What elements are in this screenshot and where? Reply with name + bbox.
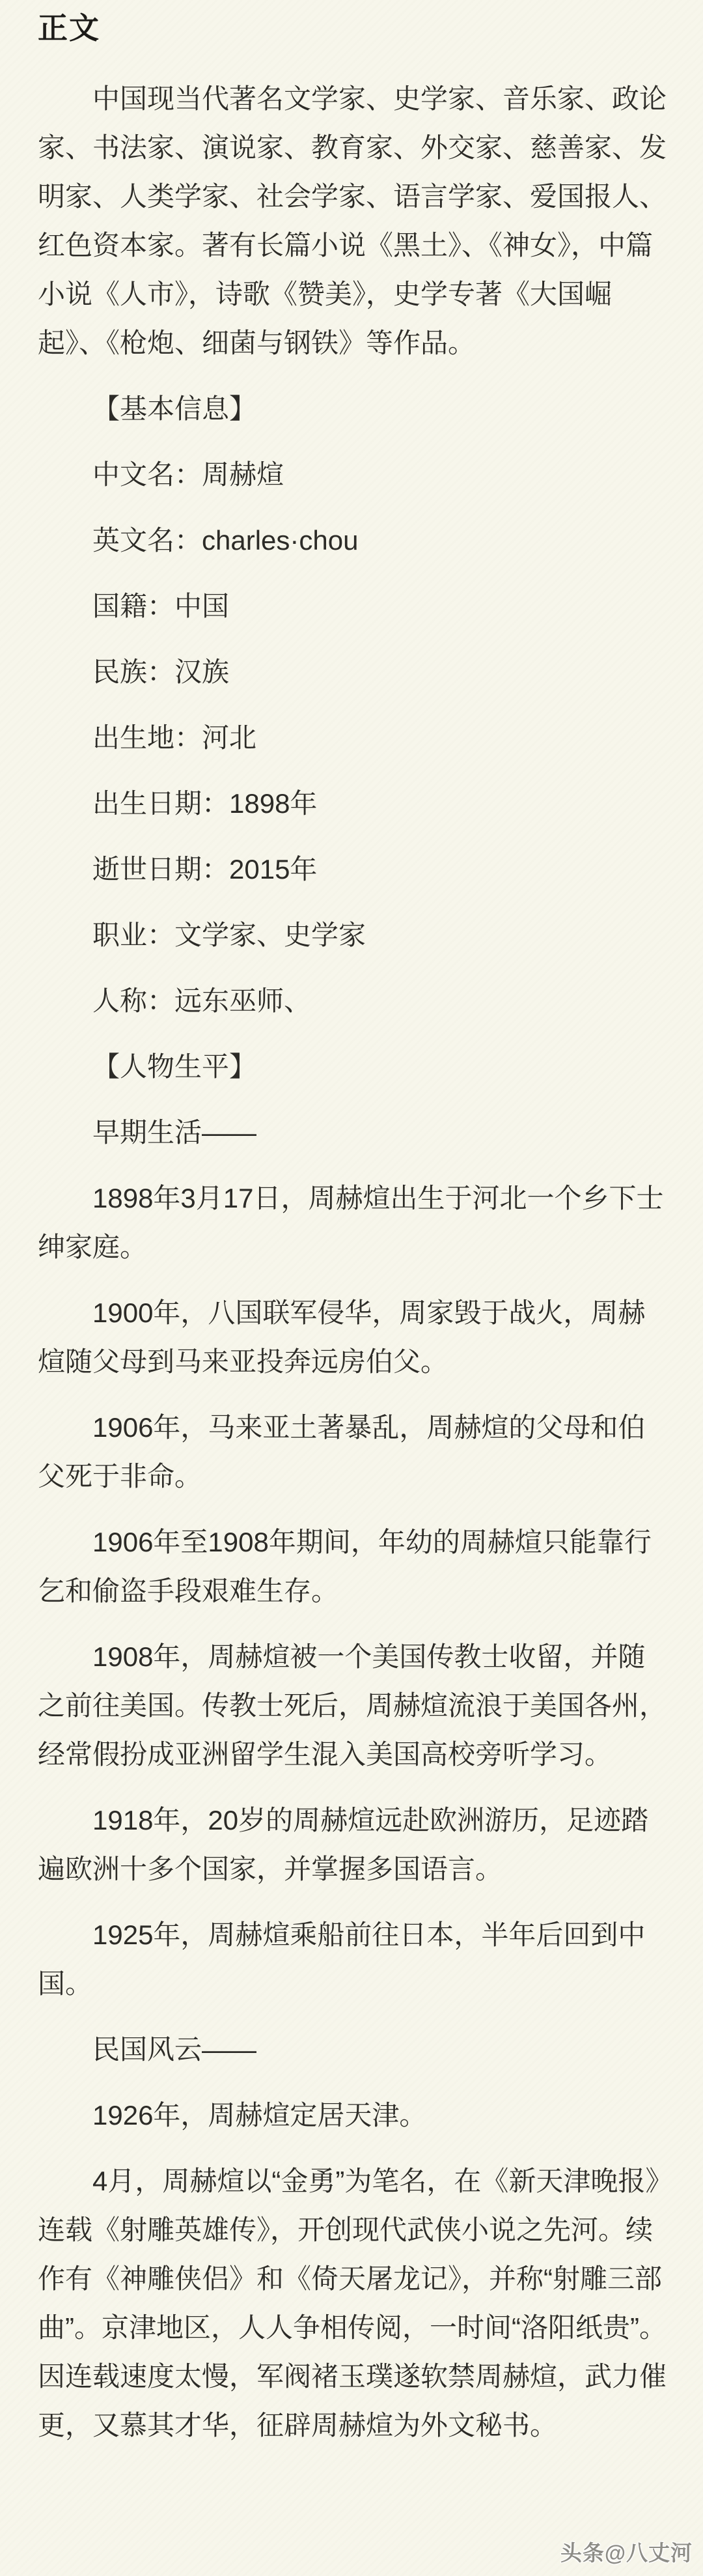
info-field-occupation: 职业：文学家、史学家 [38,911,670,959]
paragraph-intro: 中国现当代著名文学家、史学家、音乐家、政论家、书法家、演说家、教育家、外交家、慈… [38,74,670,367]
info-field-english-name: 英文名：charles·chou [38,516,670,565]
paragraph-1908: 1908年，周赫煊被一个美国传教士收留，并随之前往美国。传教士死后，周赫煊流浪于… [38,1632,670,1779]
paragraph-1925: 1925年，周赫煊乘船前往日本，半年后回到中国。 [38,1910,670,2008]
paragraph-april-serialization: 4月，周赫煊以“金勇”为笔名，在《新天津晚报》连载《射雕英雄传》，开创现代武侠小… [38,2157,670,2450]
section-heading-basic-info: 【基本信息】 [38,384,670,433]
section-heading-biography: 【人物生平】 [38,1042,670,1091]
info-field-birthplace: 出生地：河北 [38,713,670,762]
chapter-title: 正文 [38,9,670,47]
subsection-heading-republic-era: 民国风云—— [38,2025,670,2074]
watermark: 头条@八丈河 [560,2536,693,2567]
info-field-nationality: 国籍：中国 [38,582,670,630]
reader-page: 正文 中国现当代著名文学家、史学家、音乐家、政论家、书法家、演说家、教育家、外交… [0,0,703,2576]
paragraph-1906: 1906年，马来亚土著暴乱，周赫煊的父母和伯父死于非命。 [38,1403,670,1501]
paragraph-1906-1908: 1906年至1908年期间，年幼的周赫煊只能靠行乞和偷盗手段艰难生存。 [38,1518,670,1615]
info-field-chinese-name: 中文名：周赫煊 [38,450,670,499]
info-field-death-date: 逝世日期：2015年 [38,845,670,894]
info-field-alias: 人称：远东巫师、 [38,976,670,1025]
info-field-ethnicity: 民族：汉族 [38,647,670,696]
paragraph-1900: 1900年，八国联军侵华，周家毁于战火，周赫煊随父母到马来亚投奔远房伯父。 [38,1288,670,1386]
subsection-heading-early-life: 早期生活—— [38,1108,670,1157]
paragraph-1926: 1926年，周赫煊定居天津。 [38,2091,670,2140]
info-field-birth-date: 出生日期：1898年 [38,779,670,828]
article-content: 正文 中国现当代著名文学家、史学家、音乐家、政论家、书法家、演说家、教育家、外交… [0,0,703,2450]
paragraph-1898: 1898年3月17日，周赫煊出生于河北一个乡下士绅家庭。 [38,1174,670,1271]
paragraph-1918: 1918年，20岁的周赫煊远赴欧洲游历，足迹踏遍欧洲十多个国家，并掌握多国语言。 [38,1796,670,1893]
